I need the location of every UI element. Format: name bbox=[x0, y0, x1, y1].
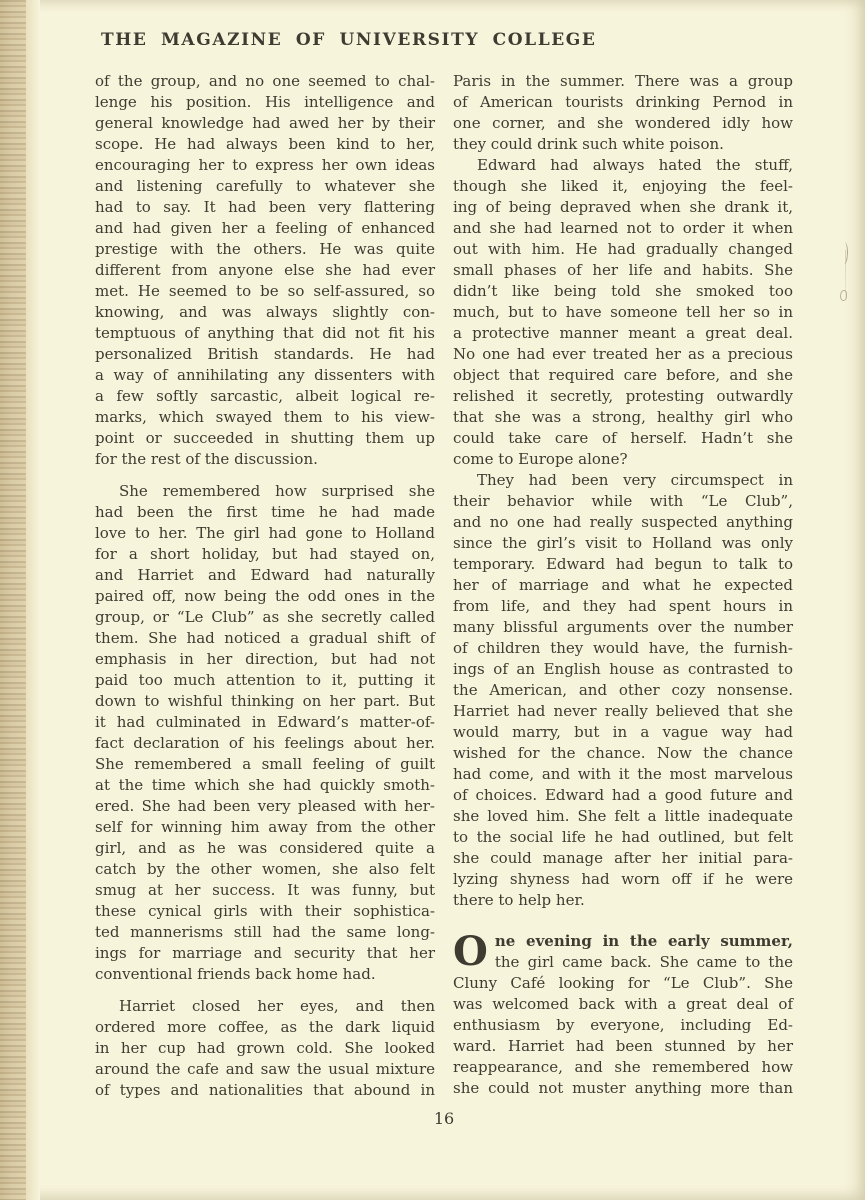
paragraph: One evening in the early summer,the girl… bbox=[453, 931, 793, 1099]
text-line: point or succeeded in shutting them up bbox=[95, 428, 435, 449]
paragraph: of the group, and no one seemed to chal-… bbox=[95, 71, 435, 470]
pen-mark-icon bbox=[845, 250, 846, 298]
text-line: it had culminated in Edward’s matter-of- bbox=[95, 712, 435, 733]
text-line: was welcomed back with a great deal of bbox=[453, 994, 793, 1015]
text-line: temporary. Edward had begun to talk to bbox=[453, 554, 793, 575]
text-line: had been the first time he had made bbox=[95, 502, 435, 523]
text-line: much, but to have someone tell her so in bbox=[453, 302, 793, 323]
text-line: she loved him. She felt a little inadequ… bbox=[453, 806, 793, 827]
paragraph: Harriet closed her eyes, and thenordered… bbox=[95, 996, 435, 1101]
text-line: encouraging her to express her own ideas bbox=[95, 155, 435, 176]
text-line: conventional friends back home had. bbox=[95, 964, 435, 985]
page-number: 16 bbox=[95, 1109, 793, 1128]
drop-cap: O bbox=[453, 935, 488, 968]
text-line: from life, and they had spent hours in bbox=[453, 596, 793, 617]
text-line: to the social life he had outlined, but … bbox=[453, 827, 793, 848]
text-line: she could not muster anything more than bbox=[453, 1078, 793, 1099]
text-line: She remembered a small feeling of guilt bbox=[95, 754, 435, 775]
text-line: emphasis in her direction, but had not bbox=[95, 649, 435, 670]
text-line: self for winning him away from the other bbox=[95, 817, 435, 838]
text-line: object that required care before, and sh… bbox=[453, 365, 793, 386]
text-line: come to Europe alone? bbox=[453, 449, 793, 470]
text-line: paired off, now being the odd ones in th… bbox=[95, 586, 435, 607]
text-line: temptuous of anything that did not fit h… bbox=[95, 323, 435, 344]
text-line: had come, and with it the most marvelous bbox=[453, 764, 793, 785]
text-line: and no one had really suspected anything bbox=[453, 512, 793, 533]
text-line: paid too much attention to it, putting i… bbox=[95, 670, 435, 691]
text-line: knowing, and was always slightly con- bbox=[95, 302, 435, 323]
text-line: relished it secretly, protesting outward… bbox=[453, 386, 793, 407]
text-line: group, or “Le Club” as she secretly call… bbox=[95, 607, 435, 628]
text-line: the girl came back. She came to the bbox=[453, 952, 793, 973]
text-line: a few softly sarcastic, albeit logical r… bbox=[95, 386, 435, 407]
text-line: of choices. Edward had a good future and bbox=[453, 785, 793, 806]
text-line: Harriet closed her eyes, and then bbox=[95, 996, 435, 1017]
text-line: and listening carefully to whatever she bbox=[95, 176, 435, 197]
text-line: out with him. He had gradually changed bbox=[453, 239, 793, 260]
page-title: THE MAGAZINE OF UNIVERSITY COLLEGE bbox=[95, 30, 793, 50]
text-line: for the rest of the discussion. bbox=[95, 449, 435, 470]
text-line: ne evening in the early summer, bbox=[453, 931, 793, 952]
text-line: of children they would have, the furnish… bbox=[453, 638, 793, 659]
text-line: ings for marriage and security that her bbox=[95, 943, 435, 964]
text-line: met. He seemed to be so self-assured, so bbox=[95, 281, 435, 302]
text-line: personalized British standards. He had bbox=[95, 344, 435, 365]
text-line: and she had learned not to order it when bbox=[453, 218, 793, 239]
text-line: ings of an English house as contrasted t… bbox=[453, 659, 793, 680]
text-line: scope. He had always been kind to her, bbox=[95, 134, 435, 155]
text-line: a protective manner meant a great deal. bbox=[453, 323, 793, 344]
text-line: of American tourists drinking Pernod in bbox=[453, 92, 793, 113]
text-line: around the cafe and saw the usual mixtur… bbox=[95, 1059, 435, 1080]
text-line: Harriet had never really believed that s… bbox=[453, 701, 793, 722]
text-line: they could drink such white poison. bbox=[453, 134, 793, 155]
paragraph: Edward had always hated the stuff,though… bbox=[453, 155, 793, 470]
text-line: general knowledge had awed her by their bbox=[95, 113, 435, 134]
text-line: one corner, and she wondered idly how bbox=[453, 113, 793, 134]
text-line: many blissful arguments over the number bbox=[453, 617, 793, 638]
text-line: ted mannerisms still had the same long- bbox=[95, 922, 435, 943]
text-line: marks, which swayed them to his view- bbox=[95, 407, 435, 428]
text-line: smug at her success. It was funny, but bbox=[95, 880, 435, 901]
text-line: there to help her. bbox=[453, 890, 793, 911]
text-line: of types and nationalities that abound i… bbox=[95, 1080, 435, 1101]
text-line: different from anyone else she had ever bbox=[95, 260, 435, 281]
text-columns: of the group, and no one seemed to chal-… bbox=[95, 71, 793, 1101]
text-line: would marry, but in a vague way had bbox=[453, 722, 793, 743]
text-line: Cluny Café looking for “Le Club”. She bbox=[453, 973, 793, 994]
text-line: She remembered how surprised she bbox=[95, 481, 435, 502]
binding-edge-fade bbox=[26, 0, 40, 1200]
text-line: love to her. The girl had gone to Hollan… bbox=[95, 523, 435, 544]
text-line: could take care of herself. Hadn’t she bbox=[453, 428, 793, 449]
binding-edge bbox=[0, 0, 26, 1200]
text-line: she could manage after her initial para- bbox=[453, 848, 793, 869]
text-line: these cynical girls with their sophistic… bbox=[95, 901, 435, 922]
text-line: lyzing shyness had worn off if he were bbox=[453, 869, 793, 890]
text-line: catch by the other women, she also felt bbox=[95, 859, 435, 880]
text-line: a way of annihilating any dissenters wit… bbox=[95, 365, 435, 386]
column-left: of the group, and no one seemed to chal-… bbox=[95, 71, 435, 1101]
text-line: No one had ever treated her as a preciou… bbox=[453, 344, 793, 365]
page-content: THE MAGAZINE OF UNIVERSITY COLLEGE of th… bbox=[95, 30, 793, 1128]
text-line: reappearance, and she remembered how bbox=[453, 1057, 793, 1078]
text-line: They had been very circumspect in bbox=[453, 470, 793, 491]
text-line: in her cup had grown cold. She looked bbox=[95, 1038, 435, 1059]
text-line: their behavior while with “Le Club”, bbox=[453, 491, 793, 512]
text-line: Paris in the summer. There was a group bbox=[453, 71, 793, 92]
column-right: Paris in the summer. There was a groupof… bbox=[453, 71, 793, 1101]
text-line: had to say. It had been very flattering bbox=[95, 197, 435, 218]
text-line: of the group, and no one seemed to chal- bbox=[95, 71, 435, 92]
paragraph: She remembered how surprised shehad been… bbox=[95, 481, 435, 985]
text-line: them. She had noticed a gradual shift of bbox=[95, 628, 435, 649]
text-line: wished for the chance. Now the chance bbox=[453, 743, 793, 764]
pen-mark-icon bbox=[840, 290, 847, 301]
text-line: ered. She had been very pleased with her… bbox=[95, 796, 435, 817]
text-line: girl, and as he was considered quite a bbox=[95, 838, 435, 859]
text-line: enthusiasm by everyone, including Ed- bbox=[453, 1015, 793, 1036]
text-line: fact declaration of his feelings about h… bbox=[95, 733, 435, 754]
text-line: prestige with the others. He was quite bbox=[95, 239, 435, 260]
text-line: her of marriage and what he expected bbox=[453, 575, 793, 596]
text-line: lenge his position. His intelligence and bbox=[95, 92, 435, 113]
text-line: at the time which she had quickly smoth- bbox=[95, 775, 435, 796]
text-line: the American, and other cozy nonsense. bbox=[453, 680, 793, 701]
paragraph: Paris in the summer. There was a groupof… bbox=[453, 71, 793, 155]
text-line: ward. Harriet had been stunned by her bbox=[453, 1036, 793, 1057]
text-line: and had given her a feeling of enhanced bbox=[95, 218, 435, 239]
text-line: down to wishful thinking on her part. Bu… bbox=[95, 691, 435, 712]
text-line: though she liked it, enjoying the feel- bbox=[453, 176, 793, 197]
text-line: Edward had always hated the stuff, bbox=[453, 155, 793, 176]
text-line: since the girl’s visit to Holland was on… bbox=[453, 533, 793, 554]
pen-mark-icon bbox=[840, 242, 849, 264]
text-line: didn’t like being told she smoked too bbox=[453, 281, 793, 302]
text-line: that she was a strong, healthy girl who bbox=[453, 407, 793, 428]
text-line: for a short holiday, but had stayed on, bbox=[95, 544, 435, 565]
text-line: small phases of her life and habits. She bbox=[453, 260, 793, 281]
text-line: and Harriet and Edward had naturally bbox=[95, 565, 435, 586]
magazine-page: THE MAGAZINE OF UNIVERSITY COLLEGE of th… bbox=[0, 0, 865, 1200]
text-line: ing of being depraved when she drank it, bbox=[453, 197, 793, 218]
paragraph: They had been very circumspect intheir b… bbox=[453, 470, 793, 911]
text-line: ordered more coffee, as the dark liquid bbox=[95, 1017, 435, 1038]
